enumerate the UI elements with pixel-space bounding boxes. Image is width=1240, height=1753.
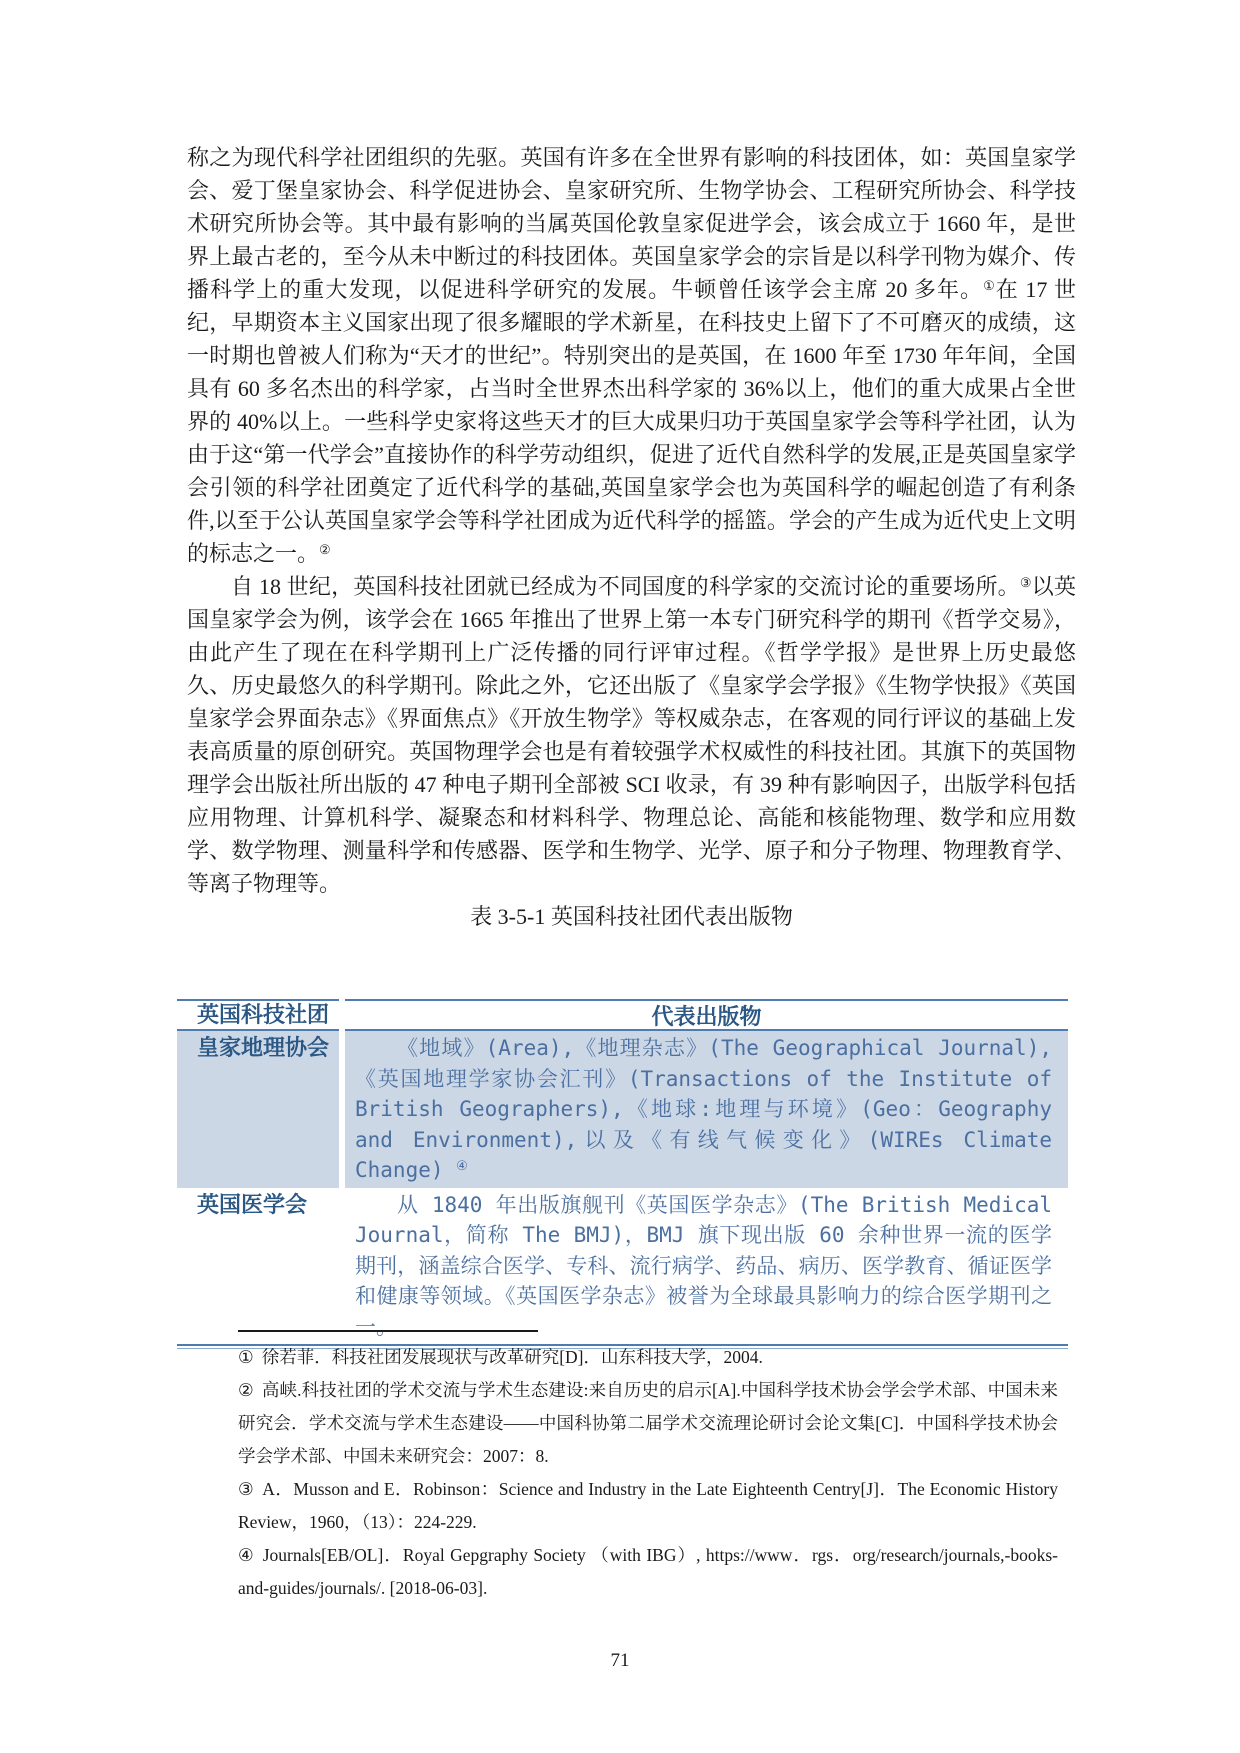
- table-title: 表 3-5-1 英国科技社团代表出版物: [187, 900, 1076, 933]
- footnote: ①徐若菲．科技社团发展现状与改革研究[D]．山东科技大学，2004.: [238, 1341, 1058, 1374]
- footnotes: ①徐若菲．科技社团发展现状与改革研究[D]．山东科技大学，2004. ②高峡.科…: [238, 1341, 1058, 1605]
- table-header-publications: 代表出版物: [345, 999, 1068, 1031]
- footnote-marker: ③: [238, 1479, 254, 1499]
- table-header-society: 英国科技社团: [177, 999, 339, 1031]
- page-number: 71: [0, 1650, 1240, 1672]
- footnote: ④Journals[EB/OL]．Royal Gepgraphy Society…: [238, 1539, 1058, 1605]
- footnote-text: 高峡.科技社团的学术交流与学术生态建设:来自历史的启示[A].中国科学技术协会学…: [238, 1380, 1058, 1466]
- publications-cell: 《地域》(Area),《地理杂志》(The Geographical Journ…: [345, 1031, 1068, 1188]
- footnote-text: Journals[EB/OL]．Royal Gepgraphy Society …: [238, 1545, 1058, 1598]
- table-header-row: 英国科技社团 代表出版物: [177, 999, 1068, 1031]
- paragraph-1: 称之为现代科学社团组织的先驱。英国有许多在全世界有影响的科技团体，如：英国皇家学…: [187, 141, 1076, 570]
- footnote-separator: [238, 1330, 538, 1332]
- footnote-text: A．Musson and E．Robinson：Science and Indu…: [238, 1479, 1058, 1532]
- footnote-marker: ②: [238, 1380, 254, 1400]
- publications-table: 英国科技社团 代表出版物 皇家地理协会 《地域》(Area),《地理杂志》(Th…: [177, 999, 1068, 1349]
- footnote: ②高峡.科技社团的学术交流与学术生态建设:来自历史的启示[A].中国科学技术协会…: [238, 1374, 1058, 1473]
- society-name: 皇家地理协会: [177, 1031, 339, 1188]
- body-text: 称之为现代科学社团组织的先驱。英国有许多在全世界有影响的科技团体，如：英国皇家学…: [187, 141, 1076, 933]
- document-page: 称之为现代科学社团组织的先驱。英国有许多在全世界有影响的科技团体，如：英国皇家学…: [0, 0, 1240, 1753]
- table-row: 皇家地理协会 《地域》(Area),《地理杂志》(The Geographica…: [177, 1031, 1068, 1188]
- society-name: 英国医学会: [177, 1188, 339, 1345]
- footnote: ③A．Musson and E．Robinson：Science and Ind…: [238, 1473, 1058, 1539]
- footnote-marker: ①: [238, 1347, 254, 1367]
- publications-cell: 从 1840 年出版旗舰刊《英国医学杂志》(The British Medica…: [345, 1188, 1068, 1345]
- paragraph-2: 自 18 世纪，英国科技社团就已经成为不同国度的科学家的交流讨论的重要场所。③以…: [187, 570, 1076, 900]
- footnote-marker: ④: [238, 1545, 255, 1565]
- footnote-text: 徐若菲．科技社团发展现状与改革研究[D]．山东科技大学，2004.: [262, 1347, 763, 1367]
- table-row: 英国医学会 从 1840 年出版旗舰刊《英国医学杂志》(The British …: [177, 1188, 1068, 1345]
